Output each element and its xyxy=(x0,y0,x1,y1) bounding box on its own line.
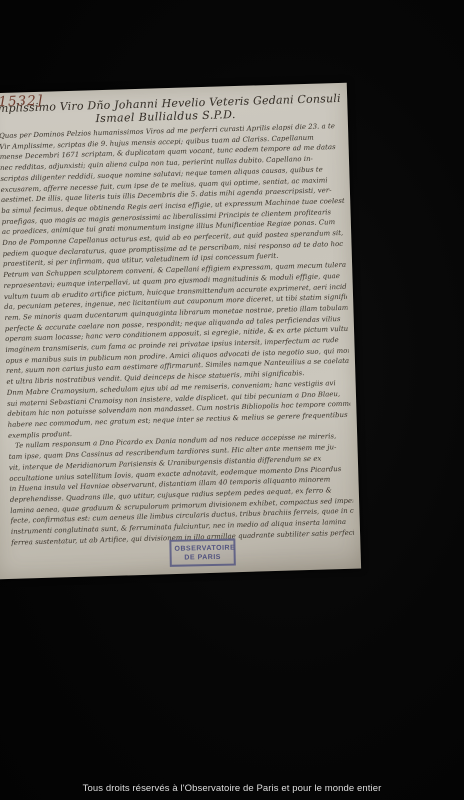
scan-background: [1532] Amplissimo Viro Dño Johanni Hevel… xyxy=(0,0,464,800)
manuscript-page: [1532] Amplissimo Viro Dño Johanni Hevel… xyxy=(0,83,361,580)
observatoire-stamp: OBSERVATOIRE DE PARIS xyxy=(169,539,236,567)
copyright-footer: Tous droits réservés à l'Observatoire de… xyxy=(0,783,464,794)
archive-number: [1532] xyxy=(0,93,43,111)
letter-body: Quas per Dominos Pelzios humanissimos Vi… xyxy=(0,118,360,549)
stamp-line-2: DE PARIS xyxy=(175,553,231,563)
